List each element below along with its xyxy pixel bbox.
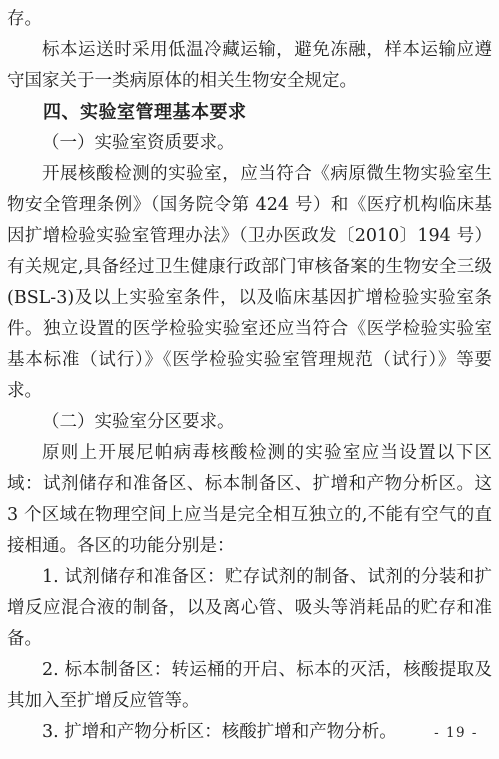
section-heading-lab-management: 四、实验室管理基本要求 (7, 97, 492, 128)
document-body: 存。 标本运送时采用低温冷藏运输，避免冻融，样本运输应遵守国家关于一类病原体的相… (7, 4, 492, 748)
list-item-reagent-storage-area: 1. 试剂储存和准备区：贮存试剂的制备、试剂的分装和扩增反应混合液的制备，以及离… (7, 562, 492, 655)
subsection-heading-lab-zoning: （二）实验室分区要求。 (7, 407, 492, 438)
paragraph-lab-qualification-body: 开展核酸检测的实验室，应当符合《病原微生物实验室生物安全管理条例》（国务院令第 … (7, 159, 492, 407)
document-page: 存。 标本运送时采用低温冷藏运输，避免冻融，样本运输应遵守国家关于一类病原体的相… (0, 0, 499, 759)
paragraph-lab-zoning-body: 原则上开展尼帕病毒核酸检测的实验室应当设置以下区域：试剂储存和准备区、标本制备区… (7, 438, 492, 562)
subsection-heading-lab-qualification: （一）实验室资质要求。 (7, 128, 492, 159)
paragraph-specimen-transport: 标本运送时采用低温冷藏运输，避免冻融，样本运输应遵守国家关于一类病原体的相关生物… (7, 35, 492, 97)
paragraph-continuation: 存。 (7, 4, 492, 35)
list-item-amplification-analysis-area: 3. 扩增和产物分析区：核酸扩增和产物分析。 (7, 717, 492, 748)
page-number: - 19 - (434, 724, 478, 742)
list-item-specimen-prep-area: 2. 标本制备区：转运桶的开启、标本的灭活，核酸提取及其加入至扩增反应管等。 (7, 655, 492, 717)
